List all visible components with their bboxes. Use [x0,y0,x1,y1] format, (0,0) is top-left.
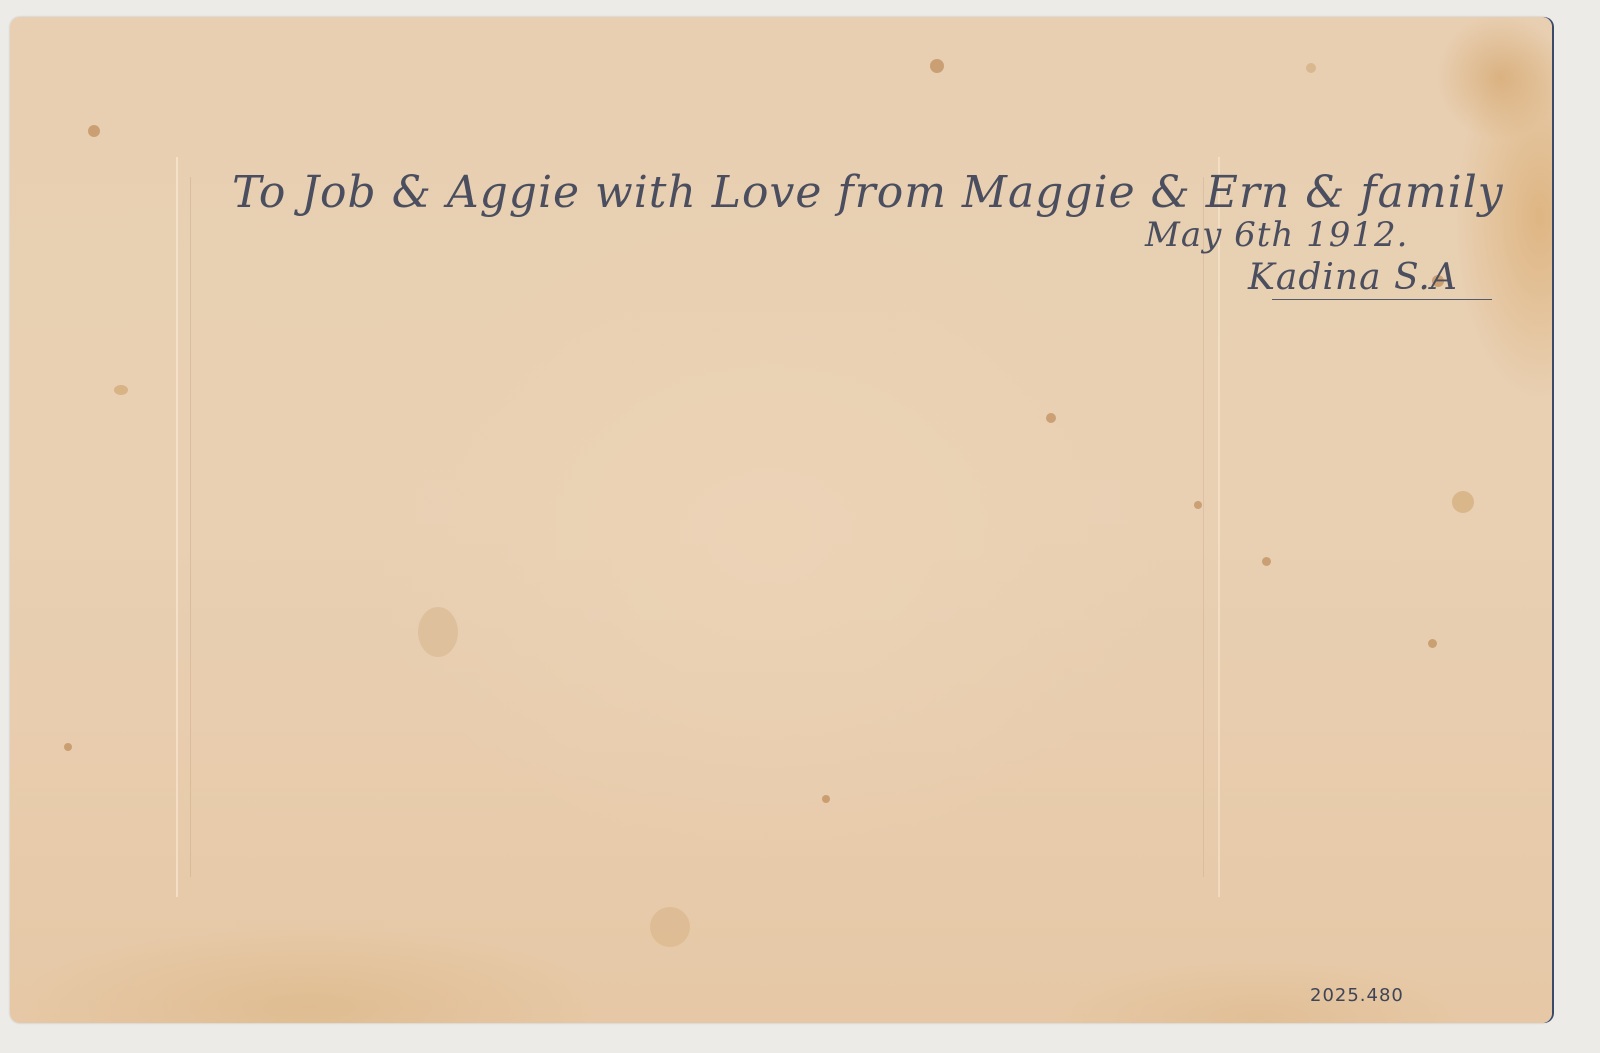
foxing-spot [1452,491,1474,513]
stain [418,607,458,657]
handwritten-underline [1272,299,1492,300]
foxing-spot [930,59,944,73]
stain [650,907,690,947]
foxing-spot [1428,639,1437,648]
foxing-spot [64,743,72,751]
foxing-spot [1262,557,1271,566]
embossed-plate-mark-inner [190,177,1204,877]
handwritten-dedication: To Job & Aggie with Love from Maggie & E… [232,167,1504,218]
cabinet-card-back: To Job & Aggie with Love from Maggie & E… [10,17,1552,1023]
foxing-spot [88,125,100,137]
foxing-spot [1194,501,1202,509]
foxing-spot [1046,413,1056,423]
handwritten-date: May 6th 1912. [1145,215,1408,255]
handwritten-place: Kadina S.A [1248,257,1458,298]
catalog-number: 2025.480 [1310,985,1404,1006]
foxing-spot [114,385,128,395]
foxing-spot [1306,63,1316,73]
foxing-spot [822,795,830,803]
